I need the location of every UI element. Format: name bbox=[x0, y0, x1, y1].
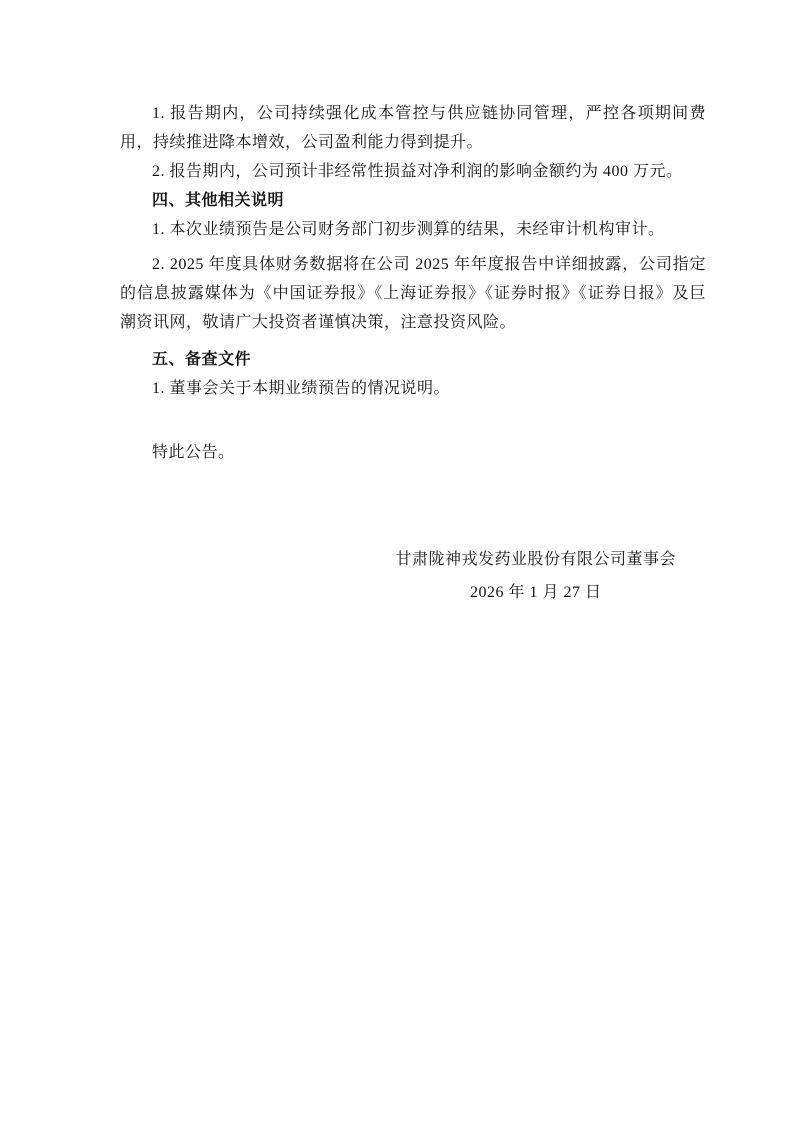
signature-inner: 甘肃陇神戎发药业股份有限公司董事会 2026 年 1 月 27 日 bbox=[395, 543, 676, 609]
signature-date: 2026 年 1 月 27 日 bbox=[470, 576, 602, 609]
signature-block: 甘肃陇神戎发药业股份有限公司董事会 2026 年 1 月 27 日 bbox=[120, 543, 706, 609]
body-paragraph-cost-control: 1. 报告期内，公司持续强化成本管控与供应链协同管理，严控各项期间费用，持续推进… bbox=[120, 99, 706, 157]
body-paragraph-unaudited: 1. 本次业绩预告是公司财务部门初步测算的结果，未经审计机构审计。 bbox=[120, 215, 706, 244]
section-heading-other-notes: 四、其他相关说明 bbox=[120, 186, 706, 215]
closing-statement: 特此公告。 bbox=[120, 438, 706, 467]
body-paragraph-disclosure-media: 2. 2025 年度具体财务数据将在公司 2025 年年度报告中详细披露，公司指… bbox=[120, 250, 706, 337]
body-paragraph-board-statement: 1. 董事会关于本期业绩预告的情况说明。 bbox=[120, 374, 706, 403]
document-body: 1. 报告期内，公司持续强化成本管控与供应链协同管理，严控各项期间费用，持续推进… bbox=[120, 99, 706, 609]
document-page: 1. 报告期内，公司持续强化成本管控与供应链协同管理，严控各项期间费用，持续推进… bbox=[0, 0, 793, 1122]
section-heading-reference-documents: 五、备查文件 bbox=[120, 345, 706, 374]
body-paragraph-non-recurring: 2. 报告期内，公司预计非经常性损益对净利润的影响金额约为 400 万元。 bbox=[120, 157, 706, 186]
signature-company: 甘肃陇神戎发药业股份有限公司董事会 bbox=[395, 543, 676, 576]
